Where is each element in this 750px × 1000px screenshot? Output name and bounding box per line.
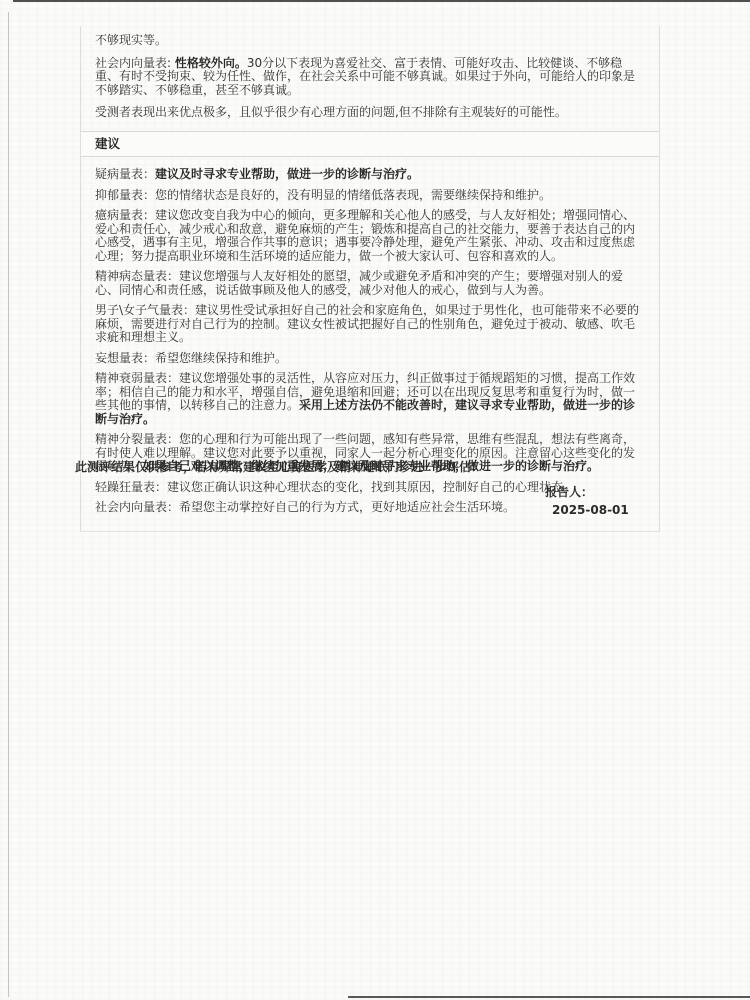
interpretation-section: 不够现实等。 社会内向量表: 性格较外向。30分以下表现为喜爱社交、富于表情、可… [81, 26, 659, 131]
suggestion-row: 妄想量表：希望您继续保持和维护。 [95, 352, 645, 366]
reporter-label: 报告人： [545, 483, 593, 500]
scale-label: 精神衰弱量表： [95, 371, 179, 385]
suggestions-list: 疑病量表：建议及时寻求专业帮助，做进一步的诊断与治疗。 抑郁量表：您的情绪状态是… [81, 157, 659, 531]
scale-label: 抑郁量表： [95, 188, 155, 202]
intro-paragraph-2: 社会内向量表: 性格较外向。30分以下表现为喜爱社交、富于表情、可能好攻击、比较… [95, 57, 645, 98]
scale-label: 精神分裂量表： [95, 432, 179, 446]
report-date: 2025-08-01 [552, 503, 629, 517]
suggestion-row: 男子\女子气量表：建议男性受试承担好自己的社会和家庭角色，如果过于男性化，也可能… [95, 304, 645, 345]
scanned-report-page: 不够现实等。 社会内向量表: 性格较外向。30分以下表现为喜爱社交、富于表情、可… [0, 0, 750, 1000]
suggestion-text-bold: 建议及时寻求专业帮助，做进一步的诊断与治疗。 [155, 167, 419, 181]
scan-edge-left-line [8, 12, 9, 997]
intro-paragraph-1: 不够现实等。 [95, 34, 645, 48]
suggestion-text: 建议您正确认识这种心理状态的变化，找到其原因，控制好自己的心理状态。 [167, 480, 575, 494]
scale-label: 社会内向量表: [95, 56, 175, 70]
scale-result-bold: 性格较外向。 [175, 56, 247, 70]
scale-label: 社会内向量表： [95, 500, 179, 514]
scale-label: 男子\女子气量表： [95, 303, 195, 317]
scale-label: 妄想量表： [95, 351, 155, 365]
scale-label: 轻躁狂量表： [95, 480, 167, 494]
suggestion-row: 癔病量表：建议您改变自我为中心的倾向，更多理解和关心他人的感受，与人友好相处；增… [95, 209, 645, 263]
suggestion-row: 抑郁量表：您的情绪状态是良好的，没有明显的情绪低落表现，需要继续保持和维护。 [95, 189, 645, 203]
suggestion-row: 疑病量表：建议及时寻求专业帮助，做进一步的诊断与治疗。 [95, 168, 645, 182]
suggestion-row: 精神病态量表：建议您增强与人友好相处的愿望，减少或避免矛盾和冲突的产生；要增强对… [95, 270, 645, 297]
scale-label: 精神病态量表： [95, 269, 179, 283]
suggestion-row: 精神衰弱量表：建议您增强处事的灵活性，从容应对压力，纠正做事过于循规蹈矩的习惯，… [95, 372, 645, 426]
report-body: 不够现实等。 社会内向量表: 性格较外向。30分以下表现为喜爱社交、富于表情、可… [80, 26, 660, 532]
suggestions-section-header: 建议 [81, 131, 659, 158]
suggestion-text: 您的情绪状态是良好的，没有明显的情绪低落表现，需要继续保持和维护。 [155, 188, 551, 202]
suggestion-text: 希望您继续保持和维护。 [155, 351, 287, 365]
disclaimer-note: 此测评结果仅供参考，若有异常建议至心身医学及精神睡眠门诊进一步评估! [75, 460, 640, 474]
suggestion-text: 希望您主动掌控好自己的行为方式，更好地适应社会生活环境。 [179, 500, 515, 514]
scale-label: 疑病量表： [95, 167, 155, 181]
intro-paragraph-3: 受测者表现出来优点极多，且似乎很少有心理方面的问题,但不排除有主观装好的可能性。 [95, 106, 645, 120]
scale-label: 癔病量表： [95, 208, 155, 222]
scan-edge-top-line [13, 0, 750, 2]
scan-edge-bottom-line [348, 996, 750, 998]
suggestion-text: 建议您改变自我为中心的倾向，更多理解和关心他人的感受，与人友好相处；增强同情心、… [95, 208, 635, 263]
